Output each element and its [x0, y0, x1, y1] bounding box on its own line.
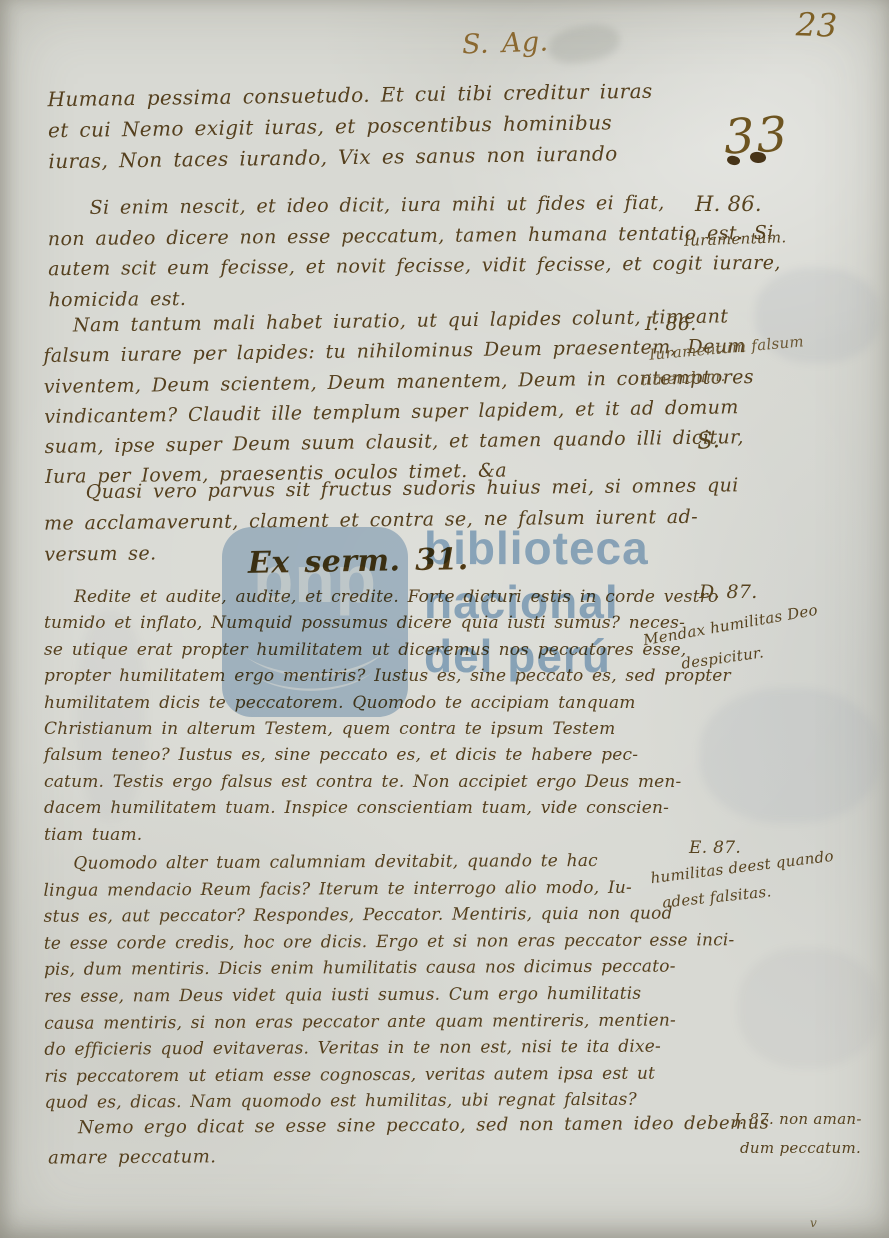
section-heading: Ex serm. 31.	[248, 542, 469, 581]
margin-note: H. 86.	[695, 192, 762, 216]
manuscript-line: catum. Testis ergo falsus est contra te.…	[44, 769, 731, 795]
manuscript-line: autem scit eum fecisse, et novit fecisse…	[48, 248, 781, 285]
paragraph: Humana pessima consuetudo. Et cui tibi c…	[47, 76, 653, 177]
manuscript-line: se utique erat propter humilitatem ut di…	[44, 637, 731, 663]
paragraph: Quomodo alter tuam calumniam devitabit, …	[43, 847, 735, 1117]
margin-note: I. 86.	[645, 313, 697, 335]
manuscript-line: stus es, aut peccator? Respondes, Peccat…	[44, 900, 735, 930]
folio-number: 23	[795, 5, 838, 44]
manuscript-line: amare peccatum.	[48, 1138, 769, 1173]
paragraph: Redite et audite, audite, et credite. Fo…	[44, 584, 731, 848]
quire-mark: v	[810, 1216, 817, 1230]
manuscript-page: 23 S. Ag. 33 Humana pessima consuetudo. …	[0, 0, 889, 1238]
margin-note: D. 87.	[699, 581, 758, 603]
manuscript-line: pis, dum mentiris. Dicis enim humilitati…	[44, 954, 735, 984]
margin-note: S.	[696, 427, 721, 455]
manuscript-line: do efficieris quod evitaveras. Veritas i…	[44, 1033, 735, 1063]
page-header-abbreviation: S. Ag.	[461, 27, 548, 61]
paragraph: Si enim nescit, et ideo dicit, iura mihi…	[47, 187, 781, 315]
manuscript-line: te esse corde credis, hoc ore dicis. Erg…	[44, 927, 735, 957]
margin-note: J. 87. non aman-	[734, 1110, 862, 1128]
margin-note: E. 87.	[689, 838, 741, 858]
manuscript-line: humilitatem dicis te peccatorem. Quomodo…	[44, 690, 731, 716]
manuscript-line: causa mentiris, si non eras peccator ant…	[44, 1007, 735, 1037]
manuscript-line: lingua mendacio Reum facis? Iterum te in…	[43, 874, 734, 904]
bleed-through-smudge	[545, 20, 622, 68]
margin-note: Iuramentum.	[684, 228, 787, 250]
manuscript-line: res esse, nam Deus videt quia iusti sumu…	[44, 980, 735, 1010]
bleed-through-smudge	[738, 948, 878, 1068]
manuscript-line: Christianum in alterum Testem, quem cont…	[44, 716, 731, 742]
manuscript-line: falsum teneo? Iustus es, sine peccato es…	[44, 742, 731, 768]
manuscript-line: Redite et audite, audite, et credite. Fo…	[44, 584, 731, 610]
margin-note: dum peccatum.	[740, 1139, 861, 1157]
manuscript-line: Nemo ergo dicat se esse sine peccato, se…	[48, 1108, 769, 1143]
manuscript-line: ris peccatorem ut etiam esse cognoscas, …	[44, 1060, 735, 1090]
manuscript-line: Quomodo alter tuam calumniam devitabit, …	[43, 847, 734, 877]
manuscript-line: propter humilitatem ergo mentiris? Iustu…	[44, 663, 731, 689]
manuscript-line: dacem humilitatem tuam. Inspice conscien…	[44, 795, 731, 821]
paragraph: Nemo ergo dicat se esse sine peccato, se…	[48, 1108, 770, 1173]
manuscript-line: tiam tuam.	[44, 822, 731, 848]
manuscript-line: tumido et inflato, Numquid possumus dice…	[44, 610, 731, 636]
